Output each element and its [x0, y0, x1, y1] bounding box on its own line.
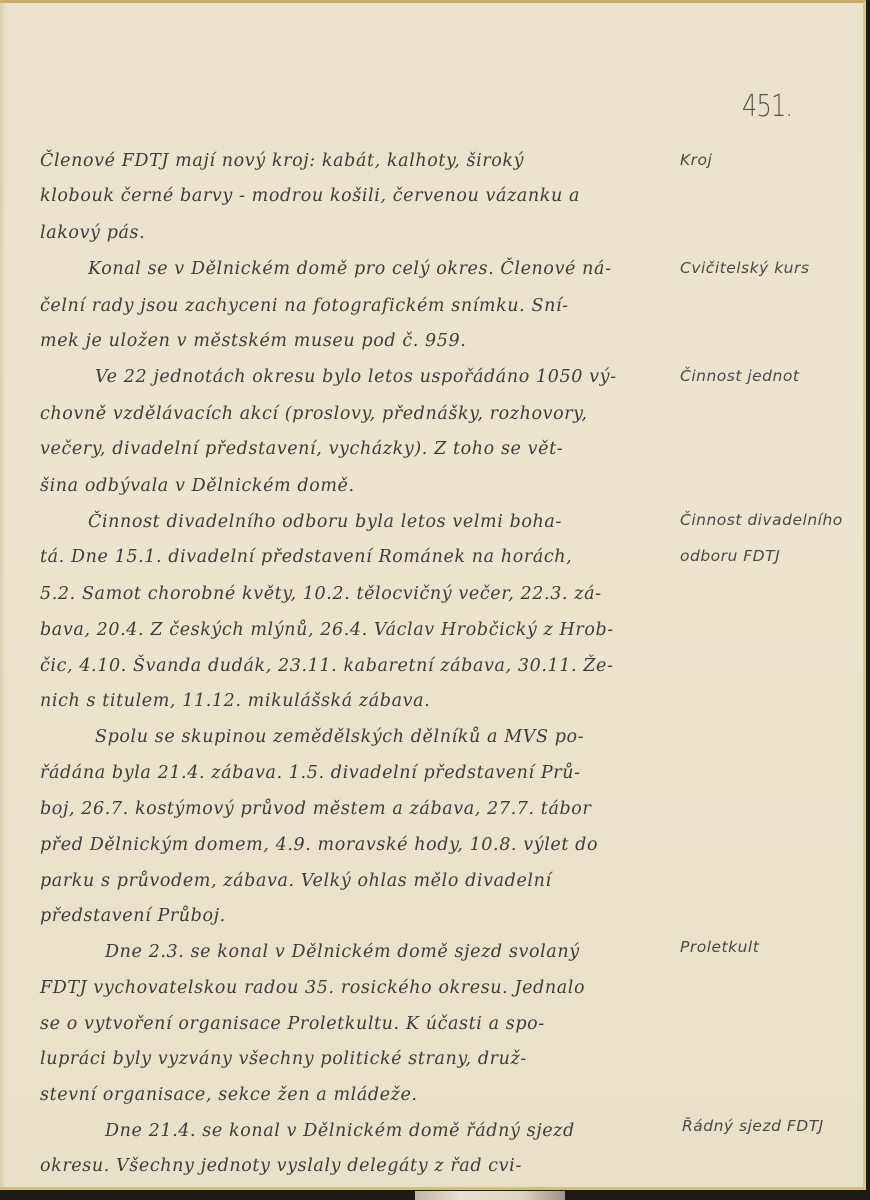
text-line: bava, 20.4. Z českých mlýnů, 26.4. Václa… — [40, 620, 614, 640]
text-line: 5.2. Samot chorobné květy, 10.2. tělocvi… — [40, 584, 602, 604]
margin-note: Činnost jednot — [680, 367, 799, 385]
text-line: tá. Dne 15.1. divadelní představení Romá… — [40, 547, 572, 567]
text-line: Činnost divadelního odboru byla letos ve… — [88, 512, 562, 532]
text-line: šina odbývala v Dělnickém domě. — [40, 476, 355, 496]
margin-note: Cvičitelský kurs — [680, 259, 809, 277]
text-line: Konal se v Dělnickém domě pro celý okres… — [88, 259, 612, 279]
text-line: Dne 21.4. se konal v Dělnickém domě řádn… — [105, 1121, 575, 1141]
text-line: chovně vzdělávacích akcí (proslovy, před… — [40, 404, 588, 424]
text-line: Dne 2.3. se konal v Dělnickém domě sjezd… — [105, 942, 580, 962]
text-line: představení Průboj. — [40, 906, 226, 926]
text-line: lupráci byly vyzvány všechny politické s… — [40, 1049, 527, 1069]
margin-note: Činnost divadelního — [680, 511, 843, 529]
page-edge — [0, 3, 6, 1187]
text-line: večery, divadelní představení, vycházky)… — [40, 439, 563, 459]
chronicle-page: 451. Členové FDTJ mají nový kroj: kabát,… — [0, 0, 866, 1190]
text-line: čic, 4.10. Švanda dudák, 23.11. kabaretn… — [40, 656, 614, 676]
margin-note: Proletkult — [680, 938, 759, 956]
text-line: mek je uložen v městském museu pod č. 95… — [40, 331, 466, 351]
text-line: řádána byla 21.4. zábava. 1.5. divadelní… — [40, 763, 581, 783]
margin-note: Řádný sjezd FDTJ — [682, 1117, 824, 1135]
text-line: klobouk černé barvy - modrou košili, čer… — [40, 186, 580, 206]
text-line: Ve 22 jednotách okresu bylo letos uspořá… — [95, 367, 617, 387]
text-line: Spolu se skupinou zemědělských dělníků a… — [95, 727, 584, 747]
text-line: okresu. Všechny jednoty vyslaly delegáty… — [40, 1156, 522, 1176]
text-line: FDTJ vychovatelskou radou 35. rosického … — [40, 978, 585, 998]
margin-note: Kroj — [680, 151, 712, 169]
text-line: před Dělnickým domem, 4.9. moravské hody… — [40, 835, 598, 855]
text-line: čelní rady jsou zachyceni na fotografick… — [40, 296, 569, 316]
page-tab-strip — [415, 1191, 565, 1200]
margin-note: odboru FDTJ — [680, 547, 780, 565]
text-line: se o vytvoření organisace Proletkultu. K… — [40, 1014, 545, 1034]
text-line: parku s průvodem, zábava. Velký ohlas mě… — [40, 871, 552, 891]
text-line: stevní organisace, sekce žen a mládeže. — [40, 1085, 418, 1105]
text-line: boj, 26.7. kostýmový průvod městem a záb… — [40, 799, 591, 819]
text-line: lakový pás. — [40, 223, 145, 243]
text-line: nich s titulem, 11.12. mikulášská zábava… — [40, 691, 430, 711]
text-line: Členové FDTJ mají nový kroj: kabát, kalh… — [40, 151, 524, 171]
page-number: 451. — [742, 89, 792, 124]
